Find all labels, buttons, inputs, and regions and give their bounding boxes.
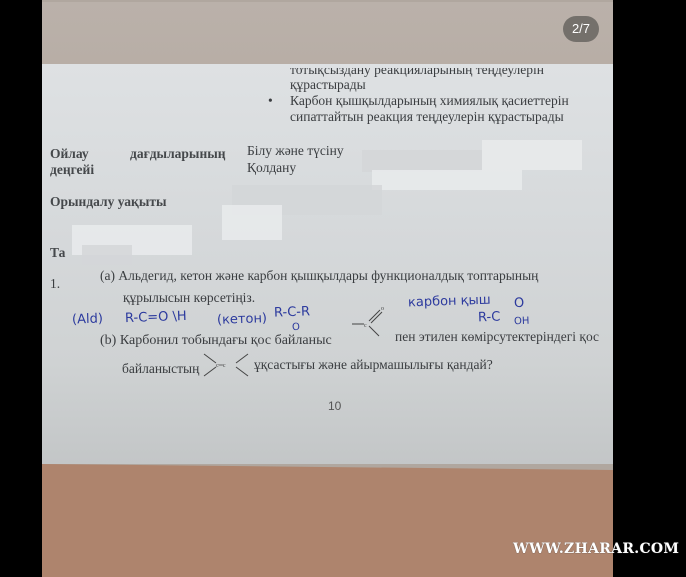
background-top <box>42 2 613 64</box>
handwritten-aldehyde-label: (Ald) <box>72 311 103 327</box>
redaction-blur <box>372 170 522 190</box>
bullet-1-continuation: құрастырады <box>290 77 366 93</box>
question-a-line-1: (a) Альдегид, кетон және карбон қышқылда… <box>100 268 538 284</box>
handwritten-ketone-oxygen: O <box>292 322 300 333</box>
handwritten-acid-label: карбон қыш <box>408 293 491 311</box>
thinking-level-label-2: дағдыларының <box>130 146 226 162</box>
bullet-2-line-1: Карбон қышқылдарының химиялық қасиеттері… <box>290 93 569 109</box>
handwritten-acid-oh: OH <box>514 316 530 328</box>
handwritten-acid-oxygen: O <box>514 296 525 311</box>
question-b-line-1-end: пен этилен көмірсутектеріндегі қос <box>395 329 599 345</box>
redaction-blur <box>222 205 282 240</box>
task-label: Та <box>50 245 65 261</box>
page-number: 10 <box>328 399 341 413</box>
question-number: 1. <box>50 276 60 292</box>
svg-text:c: c <box>364 323 367 329</box>
thinking-level-label-1: Ойлау <box>50 146 89 162</box>
watermark: WWW.ZHARAR.COM <box>513 541 679 557</box>
redaction-blur <box>482 140 582 170</box>
handwritten-aldehyde: R-C=O \H <box>125 309 187 326</box>
handwritten-ketone-label: (кетон) <box>217 311 268 328</box>
handwritten-acid: R-C <box>478 310 501 326</box>
thinking-level-value-2: Қолдану <box>247 160 296 176</box>
page-indicator-badge: 2/7 <box>563 16 599 42</box>
svg-text:o: o <box>381 306 384 312</box>
question-b-line-2-start: байланыстың <box>122 361 199 377</box>
question-a-line-2: құрылысын көрсетіңіз. <box>123 290 255 306</box>
bullet-icon: • <box>268 93 273 109</box>
bullet-2-line-2: сипаттайтын реакция теңдеулерін құрастыр… <box>290 109 564 125</box>
redaction-blur <box>362 150 482 172</box>
time-label: Орындалу уақыты <box>50 194 167 210</box>
svg-text:c═c: c═c <box>216 363 226 369</box>
photo-viewer-image: тотықсыздану реакцияларының теңдеулерін … <box>42 0 613 577</box>
handwritten-ketone: R-C-R <box>274 304 311 320</box>
question-b-line-1-start: (b) Карбонил тобындағы қос байланыс <box>100 333 332 349</box>
redaction-blur <box>82 245 132 265</box>
thinking-level-label-3: деңгейі <box>50 162 94 178</box>
ethylene-structure-icon: c═c <box>202 350 252 380</box>
question-b-line-2-end: ұқсастығы және айырмашылығы қандай? <box>254 357 493 373</box>
carbonyl-structure-icon: c o <box>350 302 390 340</box>
background-table <box>42 464 613 577</box>
thinking-level-value-1: Білу және түсіну <box>247 143 344 159</box>
